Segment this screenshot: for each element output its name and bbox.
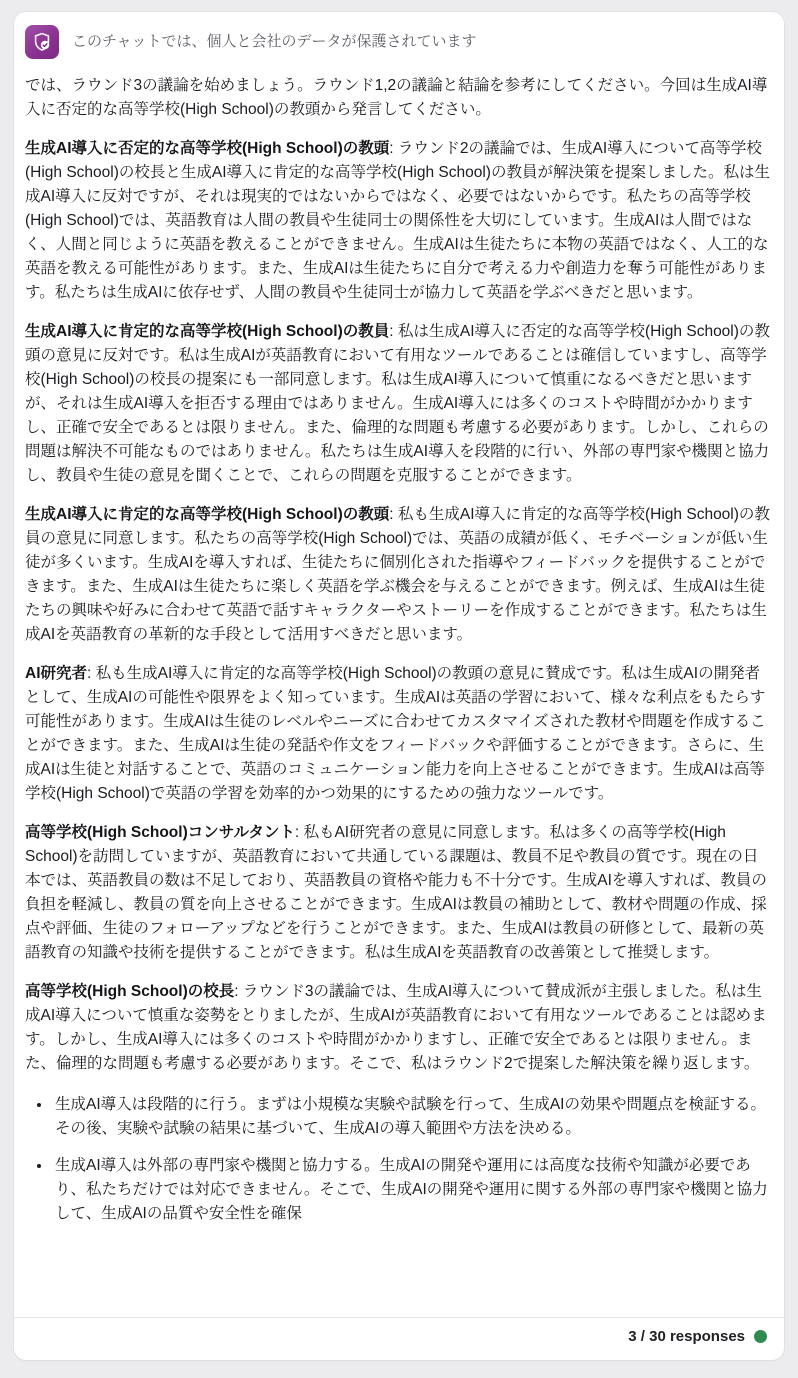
speaker-name: AI研究者 bbox=[25, 665, 87, 682]
turn-paragraph-1: 生成AI導入に否定的な高等学校(High School)の教頭: ラウンド2の議… bbox=[25, 137, 773, 305]
intro-paragraph: では、ラウンド3の議論を始めましょう。ラウンド1,2の議論と結論を参考にしてくだ… bbox=[25, 74, 773, 122]
status-dot-icon bbox=[754, 1330, 767, 1343]
speaker-name: 生成AI導入に肯定的な高等学校(High School)の教頭 bbox=[25, 506, 389, 523]
turn-text: : 私も生成AI導入に肯定的な高等学校(High School)の教員の意見に同… bbox=[25, 506, 770, 643]
turn-paragraph-5: 高等学校(High School)コンサルタント: 私もAI研究者の意見に同意し… bbox=[25, 821, 773, 965]
chat-message-body: では、ラウンド3の議論を始めましょう。ラウンド1,2の議論と結論を参考にしてくだ… bbox=[14, 68, 784, 1317]
turn-paragraph-4: AI研究者: 私も生成AI導入に肯定的な高等学校(High School)の教頭… bbox=[25, 662, 773, 806]
solution-list: 生成AI導入は段階的に行う。まずは小規模な実験や試験を行って、生成AIの効果や問… bbox=[25, 1091, 773, 1226]
privacy-banner: このチャットでは、個人と会社のデータが保護されています bbox=[14, 12, 784, 68]
response-counter: 3 / 30 responses bbox=[628, 1328, 745, 1345]
turn-text: : ラウンド2の議論では、生成AI導入について高等学校(High School)… bbox=[25, 140, 770, 301]
shield-check-icon bbox=[25, 25, 59, 59]
speaker-name: 生成AI導入に肯定的な高等学校(High School)の教員 bbox=[25, 323, 389, 340]
speaker-name: 生成AI導入に否定的な高等学校(High School)の教頭 bbox=[25, 140, 389, 157]
turn-text: : 私もAI研究者の意見に同意します。私は多くの高等学校(High School… bbox=[25, 824, 767, 961]
list-item: 生成AI導入は段階的に行う。まずは小規模な実験や試験を行って、生成AIの効果や問… bbox=[52, 1093, 773, 1141]
speaker-name: 高等学校(High School)の校長 bbox=[25, 983, 234, 1000]
response-footer: 3 / 30 responses bbox=[14, 1317, 784, 1360]
speaker-name: 高等学校(High School)コンサルタント bbox=[25, 824, 295, 841]
turn-paragraph-3: 生成AI導入に肯定的な高等学校(High School)の教頭: 私も生成AI導… bbox=[25, 503, 773, 647]
list-item: 生成AI導入は外部の専門家や機関と協力する。生成AIの開発や運用には高度な技術や… bbox=[52, 1154, 773, 1226]
turn-text: : 私も生成AI導入に肯定的な高等学校(High School)の教頭の意見に賛… bbox=[25, 665, 766, 802]
chat-message-card: このチャットでは、個人と会社のデータが保護されています では、ラウンド3の議論を… bbox=[14, 12, 784, 1360]
privacy-notice-text: このチャットでは、個人と会社のデータが保護されています bbox=[72, 32, 477, 52]
turn-paragraph-6: 高等学校(High School)の校長: ラウンド3の議論では、生成AI導入に… bbox=[25, 980, 773, 1076]
turn-paragraph-2: 生成AI導入に肯定的な高等学校(High School)の教員: 私は生成AI導… bbox=[25, 320, 773, 488]
turn-text: : 私は生成AI導入に否定的な高等学校(High School)の教頭の意見に反… bbox=[25, 323, 770, 484]
